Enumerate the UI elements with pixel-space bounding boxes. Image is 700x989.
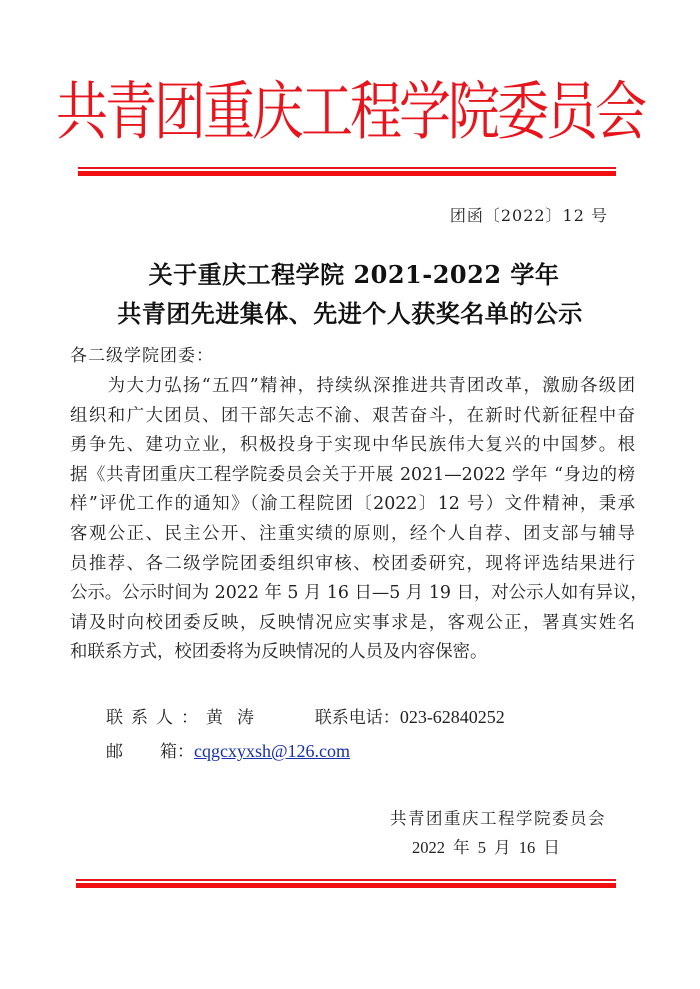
- document-title-line-2: 共青团先进集体、先进个人获奖名单的公示: [0, 294, 700, 329]
- body-line: 员推荐、各二级学院团委组织审核、校团委研究，现将评选结果进行: [70, 550, 635, 580]
- body-paragraph: 为大力弘扬“五四”精神，持续纵深推进共青团改革，激励各级团 组织和广大团员、团干…: [70, 372, 635, 668]
- contact-person-name: 黄涛: [206, 703, 268, 728]
- body-line: 为大力弘扬“五四”精神，持续纵深推进共青团改革，激励各级团: [70, 372, 635, 402]
- footer-rule-thin-line: [76, 879, 616, 881]
- body-line: 和联系方式，校团委将为反映情况的人员及内容保密。: [70, 638, 635, 668]
- contact-person-row: 联系人：黄涛 联系电话：023-62840252: [106, 703, 505, 728]
- body-line: 公示。公示时间为 2022 年 5 月 16 日—5 月 19 日，对公示人如有…: [70, 579, 635, 609]
- signature-date: 2022 年 5 月 16 日: [412, 834, 560, 858]
- header-red-rule: [78, 167, 616, 176]
- document-number: 团函〔2022〕12 号: [450, 203, 608, 226]
- body-line: 据《共青团重庆工程学院委员会关于开展 2021—2022 学年 “身边的榜: [70, 461, 635, 491]
- document-title-line-1: 关于重庆工程学院 2021-2022 学年: [0, 255, 700, 290]
- body-line: 勇争先、建功立业，积极投身于实现中华民族伟大复兴的中国梦。根: [70, 431, 635, 461]
- body-line: 请及时向校团委反映，反映情况应实事求是，客观公正，署真实姓名: [70, 609, 635, 639]
- masthead-title: 共青团重庆工程学院委员会: [0, 75, 700, 151]
- footer-red-rule: [76, 879, 616, 888]
- footer-rule-thick-line: [76, 883, 616, 888]
- contact-phone-label: 联系电话：: [315, 708, 400, 728]
- contact-email-link[interactable]: cqgcxyxsh@126.com: [194, 741, 350, 761]
- body-line: 样”评优工作的通知》（渝工程院团〔2022〕12 号）文件精神，秉承: [70, 490, 635, 520]
- header-rule-thin-line: [78, 167, 616, 169]
- signature-organization: 共青团重庆工程学院委员会: [390, 805, 606, 829]
- contact-email-label-part-1: 邮: [106, 737, 160, 762]
- header-rule-thick-line: [78, 171, 616, 176]
- contact-phone-value: 023-62840252: [400, 707, 505, 727]
- contact-person-label: 联系人：: [106, 703, 206, 728]
- contact-email-row: 邮箱：cqgcxyxsh@126.com: [106, 737, 350, 762]
- salutation: 各二级学院团委：: [70, 341, 214, 366]
- body-line: 组织和广大团员、团干部矢志不渝、艰苦奋斗，在新时代新征程中奋: [70, 402, 635, 432]
- contact-email-label-part-2: 箱：: [160, 737, 194, 762]
- body-line: 客观公正、民主公开、注重实绩的原则，经个人自荐、团支部与辅导: [70, 520, 635, 550]
